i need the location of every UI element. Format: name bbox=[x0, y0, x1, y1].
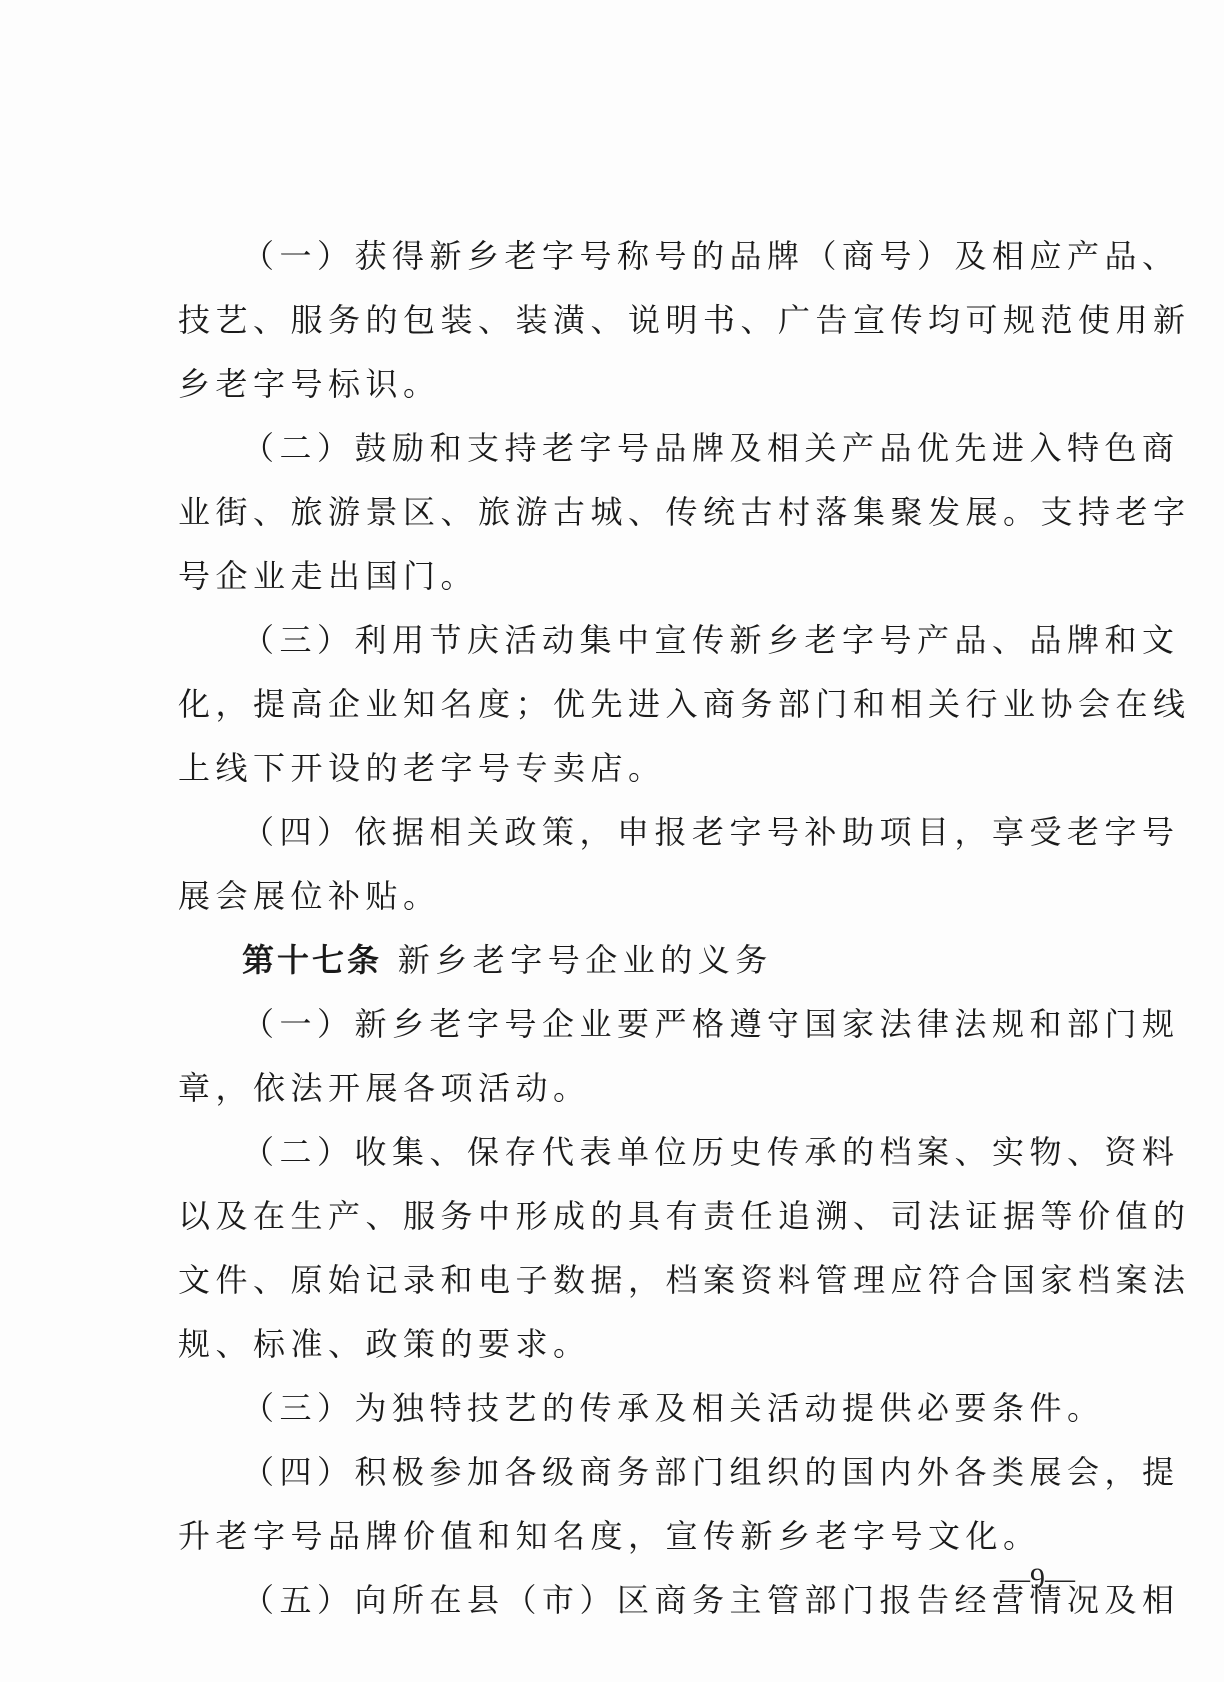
document-page: （一）获得新乡老字号称号的品牌（商号）及相应产品、 技艺、服务的包装、装潢、说明… bbox=[0, 0, 1224, 1682]
page-number: —9— bbox=[1000, 1562, 1075, 1596]
paragraph-line: （一）获得新乡老字号称号的品牌（商号）及相应产品、 bbox=[178, 224, 1058, 288]
paragraph-line: 上线下开设的老字号专卖店。 bbox=[178, 736, 1058, 800]
article-title: 新乡老字号企业的义务 bbox=[398, 941, 773, 979]
paragraph-line: （二）鼓励和支持老字号品牌及相关产品优先进入特色商 bbox=[178, 416, 1058, 480]
paragraph-line: 以及在生产、服务中形成的具有责任追溯、司法证据等价值的 bbox=[178, 1184, 1058, 1248]
paragraph-line: 升老字号品牌价值和知名度，宣传新乡老字号文化。 bbox=[178, 1504, 1058, 1568]
paragraph-line: 技艺、服务的包装、装潢、说明书、广告宣传均可规范使用新 bbox=[178, 288, 1058, 352]
paragraph-line: 展会展位补贴。 bbox=[178, 864, 1058, 928]
paragraph-line: 章，依法开展各项活动。 bbox=[178, 1056, 1058, 1120]
paragraph-line: 化，提高企业知名度；优先进入商务部门和相关行业协会在线 bbox=[178, 672, 1058, 736]
article-number: 第十七条 bbox=[242, 941, 382, 979]
paragraph-line: 号企业走出国门。 bbox=[178, 544, 1058, 608]
paragraph-line: （四）积极参加各级商务部门组织的国内外各类展会，提 bbox=[178, 1440, 1058, 1504]
paragraph-line: 业街、旅游景区、旅游古城、传统古村落集聚发展。支持老字 bbox=[178, 480, 1058, 544]
article-heading: 第十七条 新乡老字号企业的义务 bbox=[178, 928, 1058, 992]
paragraph-line: 规、标准、政策的要求。 bbox=[178, 1312, 1058, 1376]
paragraph-line: （三）为独特技艺的传承及相关活动提供必要条件。 bbox=[178, 1376, 1058, 1440]
paragraph-line: （三）利用节庆活动集中宣传新乡老字号产品、品牌和文 bbox=[178, 608, 1058, 672]
paragraph-line: （四）依据相关政策，申报老字号补助项目，享受老字号 bbox=[178, 800, 1058, 864]
paragraph-line: 文件、原始记录和电子数据，档案资料管理应符合国家档案法 bbox=[178, 1248, 1058, 1312]
document-body: （一）获得新乡老字号称号的品牌（商号）及相应产品、 技艺、服务的包装、装潢、说明… bbox=[178, 224, 1058, 1632]
paragraph-line: （五）向所在县（市）区商务主管部门报告经营情况及相 bbox=[178, 1568, 1058, 1632]
paragraph-line: 乡老字号标识。 bbox=[178, 352, 1058, 416]
paragraph-line: （二）收集、保存代表单位历史传承的档案、实物、资料 bbox=[178, 1120, 1058, 1184]
paragraph-line: （一）新乡老字号企业要严格遵守国家法律法规和部门规 bbox=[178, 992, 1058, 1056]
